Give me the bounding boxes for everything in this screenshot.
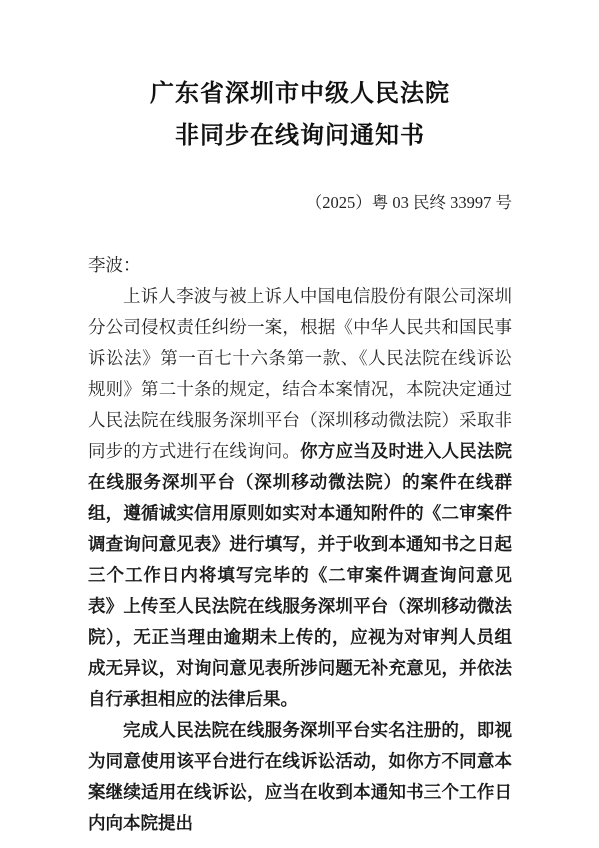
court-name-title: 广东省深圳市中级人民法院 bbox=[88, 73, 512, 115]
addressee: 李波： bbox=[88, 250, 512, 281]
document-body: 李波： 上诉人李波与被上诉人中国电信股份有限公司深圳分公司侵权责任纠纷一案，根据… bbox=[88, 250, 512, 839]
paragraph-2: 完成人民法院在线服务深圳平台实名注册的，即视为同意使用该平台进行在线诉讼活动，如… bbox=[88, 715, 512, 839]
paragraph-1-regular-text: 上诉人李波与被上诉人中国电信股份有限公司深圳分公司侵权责任纠纷一案，根据《中华人… bbox=[88, 286, 512, 461]
paragraph-1: 上诉人李波与被上诉人中国电信股份有限公司深圳分公司侵权责任纠纷一案，根据《中华人… bbox=[88, 281, 512, 715]
document-type-title: 非同步在线询问通知书 bbox=[88, 115, 512, 157]
case-number: （2025）粤 03 民终 33997 号 bbox=[88, 193, 512, 213]
paragraph-1-bold-text: 你方应当及时进入人民法院在线服务深圳平台（深圳移动微法院）的案件在线群组，遵循诚… bbox=[88, 441, 512, 709]
paragraph-2-bold-text: 完成人民法院在线服务深圳平台实名注册的，即视为同意使用该平台进行在线诉讼活动，如… bbox=[88, 720, 512, 833]
document-header: 广东省深圳市中级人民法院 非同步在线询问通知书 bbox=[88, 73, 512, 157]
document-page: 广东省深圳市中级人民法院 非同步在线询问通知书 （2025）粤 03 民终 33… bbox=[0, 0, 599, 848]
